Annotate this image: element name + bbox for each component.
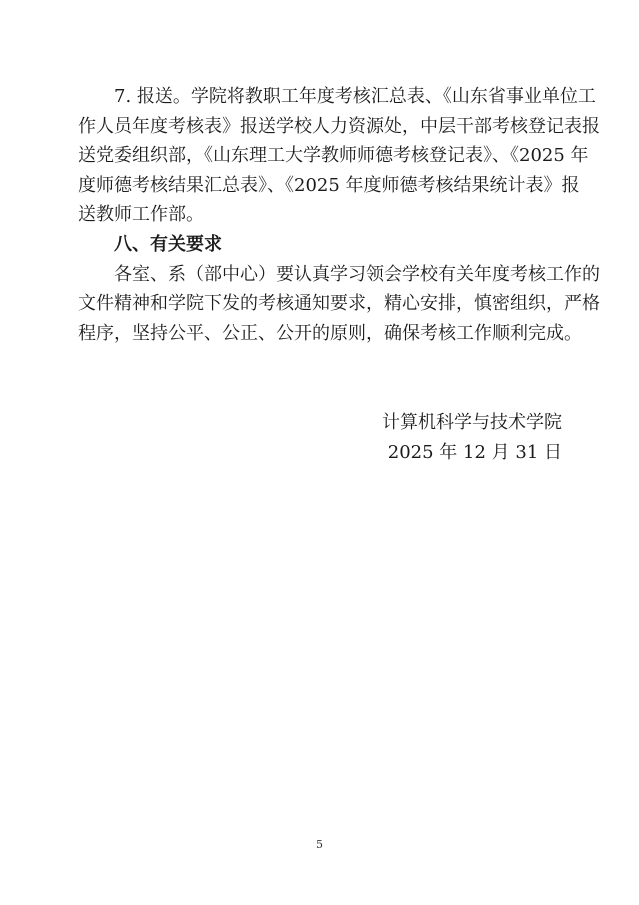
section7-line-5: 送教师工作部。 (78, 204, 564, 226)
section8-line-3: 程序，坚持公平、公正、公开的原则，确保考核工作顺利完成。 (78, 323, 564, 345)
document-page: 7. 报送。学院将教职工年度考核汇总表、《山东省事业单位工 作人员年度考核表》报… (0, 0, 639, 905)
signature-organization: 计算机科学与技术学院 (382, 412, 562, 434)
section7-line-3: 送党委组织部，《山东理工大学教师师德考核登记表》、《2025 年 (78, 145, 564, 167)
section7-line-2: 作人员年度考核表》报送学校人力资源处，中层干部考核登记表报 (78, 116, 564, 138)
section8-heading: 八、有关要求 (114, 234, 222, 256)
section7-line-1: 7. 报送。学院将教职工年度考核汇总表、《山东省事业单位工 (114, 86, 564, 108)
section8-line-2: 文件精神和学院下发的考核通知要求，精心安排，慎密组织，严格 (78, 293, 564, 315)
signature-date: 2025 年 12 月 31 日 (388, 442, 562, 464)
page-number: 5 (0, 838, 639, 851)
section8-line-1: 各室、系（部中心）要认真学习领会学校有关年度考核工作的 (114, 264, 564, 286)
section7-line-4: 度师德考核结果汇总表》、《2025 年度师德考核结果统计表》报 (78, 175, 564, 197)
